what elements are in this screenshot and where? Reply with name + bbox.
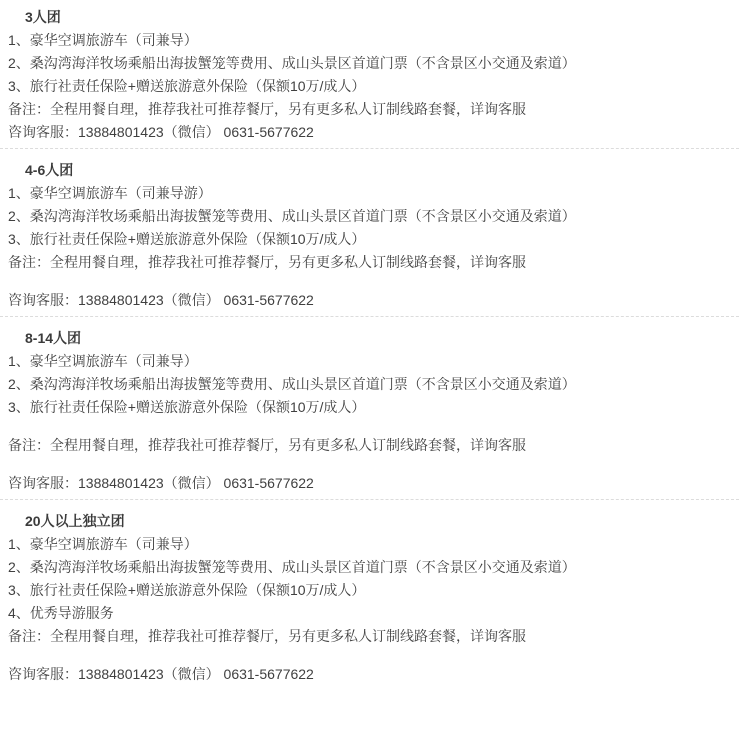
section-title: 3人团 bbox=[25, 10, 731, 25]
package-item: 2、桑沟湾海洋牧场乘船出海拔蟹笼等费用、成山头景区首道门票（不含景区小交通及索道… bbox=[8, 209, 731, 224]
service-line: 咨询客服：13884801423（微信） 0631-5677622 bbox=[8, 667, 731, 682]
package-item: 3、旅行社责任保险+赠送旅游意外保险（保额10万/成人） bbox=[8, 583, 731, 598]
package-item: 1、豪华空调旅游车（司兼导游） bbox=[8, 186, 731, 201]
package-item: 3、旅行社责任保险+赠送旅游意外保险（保额10万/成人） bbox=[8, 232, 731, 247]
service-line: 咨询客服：13884801423（微信） 0631-5677622 bbox=[8, 293, 731, 308]
package-item: 3、旅行社责任保险+赠送旅游意外保险（保额10万/成人） bbox=[8, 79, 731, 94]
section-divider bbox=[0, 499, 739, 500]
section-title: 20人以上独立团 bbox=[25, 514, 731, 529]
section-title: 8-14人团 bbox=[25, 331, 731, 346]
service-line: 咨询客服：13884801423（微信） 0631-5677622 bbox=[8, 125, 731, 140]
section-divider bbox=[0, 316, 739, 317]
package-item: 2、桑沟湾海洋牧场乘船出海拔蟹笼等费用、成山头景区首道门票（不含景区小交通及索道… bbox=[8, 377, 731, 392]
package-item: 4、优秀导游服务 bbox=[8, 606, 731, 621]
package-item: 1、豪华空调旅游车（司兼导） bbox=[8, 537, 731, 552]
note-line: 备注：全程用餐自理，推荐我社可推荐餐厅，另有更多私人订制线路套餐，详询客服 bbox=[8, 102, 731, 117]
note-line: 备注：全程用餐自理，推荐我社可推荐餐厅，另有更多私人订制线路套餐，详询客服 bbox=[8, 255, 731, 270]
package-item: 1、豪华空调旅游车（司兼导） bbox=[8, 33, 731, 48]
section-group-8-14: 8-14人团 1、豪华空调旅游车（司兼导） 2、桑沟湾海洋牧场乘船出海拔蟹笼等费… bbox=[8, 331, 731, 491]
package-item: 2、桑沟湾海洋牧场乘船出海拔蟹笼等费用、成山头景区首道门票（不含景区小交通及索道… bbox=[8, 56, 731, 71]
note-line: 备注：全程用餐自理，推荐我社可推荐餐厅，另有更多私人订制线路套餐，详询客服 bbox=[8, 438, 731, 453]
note-line: 备注：全程用餐自理，推荐我社可推荐餐厅，另有更多私人订制线路套餐，详询客服 bbox=[8, 629, 731, 644]
service-line: 咨询客服：13884801423（微信） 0631-5677622 bbox=[8, 476, 731, 491]
section-divider bbox=[0, 148, 739, 149]
package-item: 1、豪华空调旅游车（司兼导） bbox=[8, 354, 731, 369]
section-title: 4-6人团 bbox=[25, 163, 731, 178]
tour-package-document: 3人团 1、豪华空调旅游车（司兼导） 2、桑沟湾海洋牧场乘船出海拔蟹笼等费用、成… bbox=[0, 0, 739, 698]
package-item: 2、桑沟湾海洋牧场乘船出海拔蟹笼等费用、成山头景区首道门票（不含景区小交通及索道… bbox=[8, 560, 731, 575]
section-group-4-6: 4-6人团 1、豪华空调旅游车（司兼导游） 2、桑沟湾海洋牧场乘船出海拔蟹笼等费… bbox=[8, 163, 731, 308]
package-item: 3、旅行社责任保险+赠送旅游意外保险（保额10万/成人） bbox=[8, 400, 731, 415]
section-group-3: 3人团 1、豪华空调旅游车（司兼导） 2、桑沟湾海洋牧场乘船出海拔蟹笼等费用、成… bbox=[8, 10, 731, 140]
section-group-20plus: 20人以上独立团 1、豪华空调旅游车（司兼导） 2、桑沟湾海洋牧场乘船出海拔蟹笼… bbox=[8, 514, 731, 682]
